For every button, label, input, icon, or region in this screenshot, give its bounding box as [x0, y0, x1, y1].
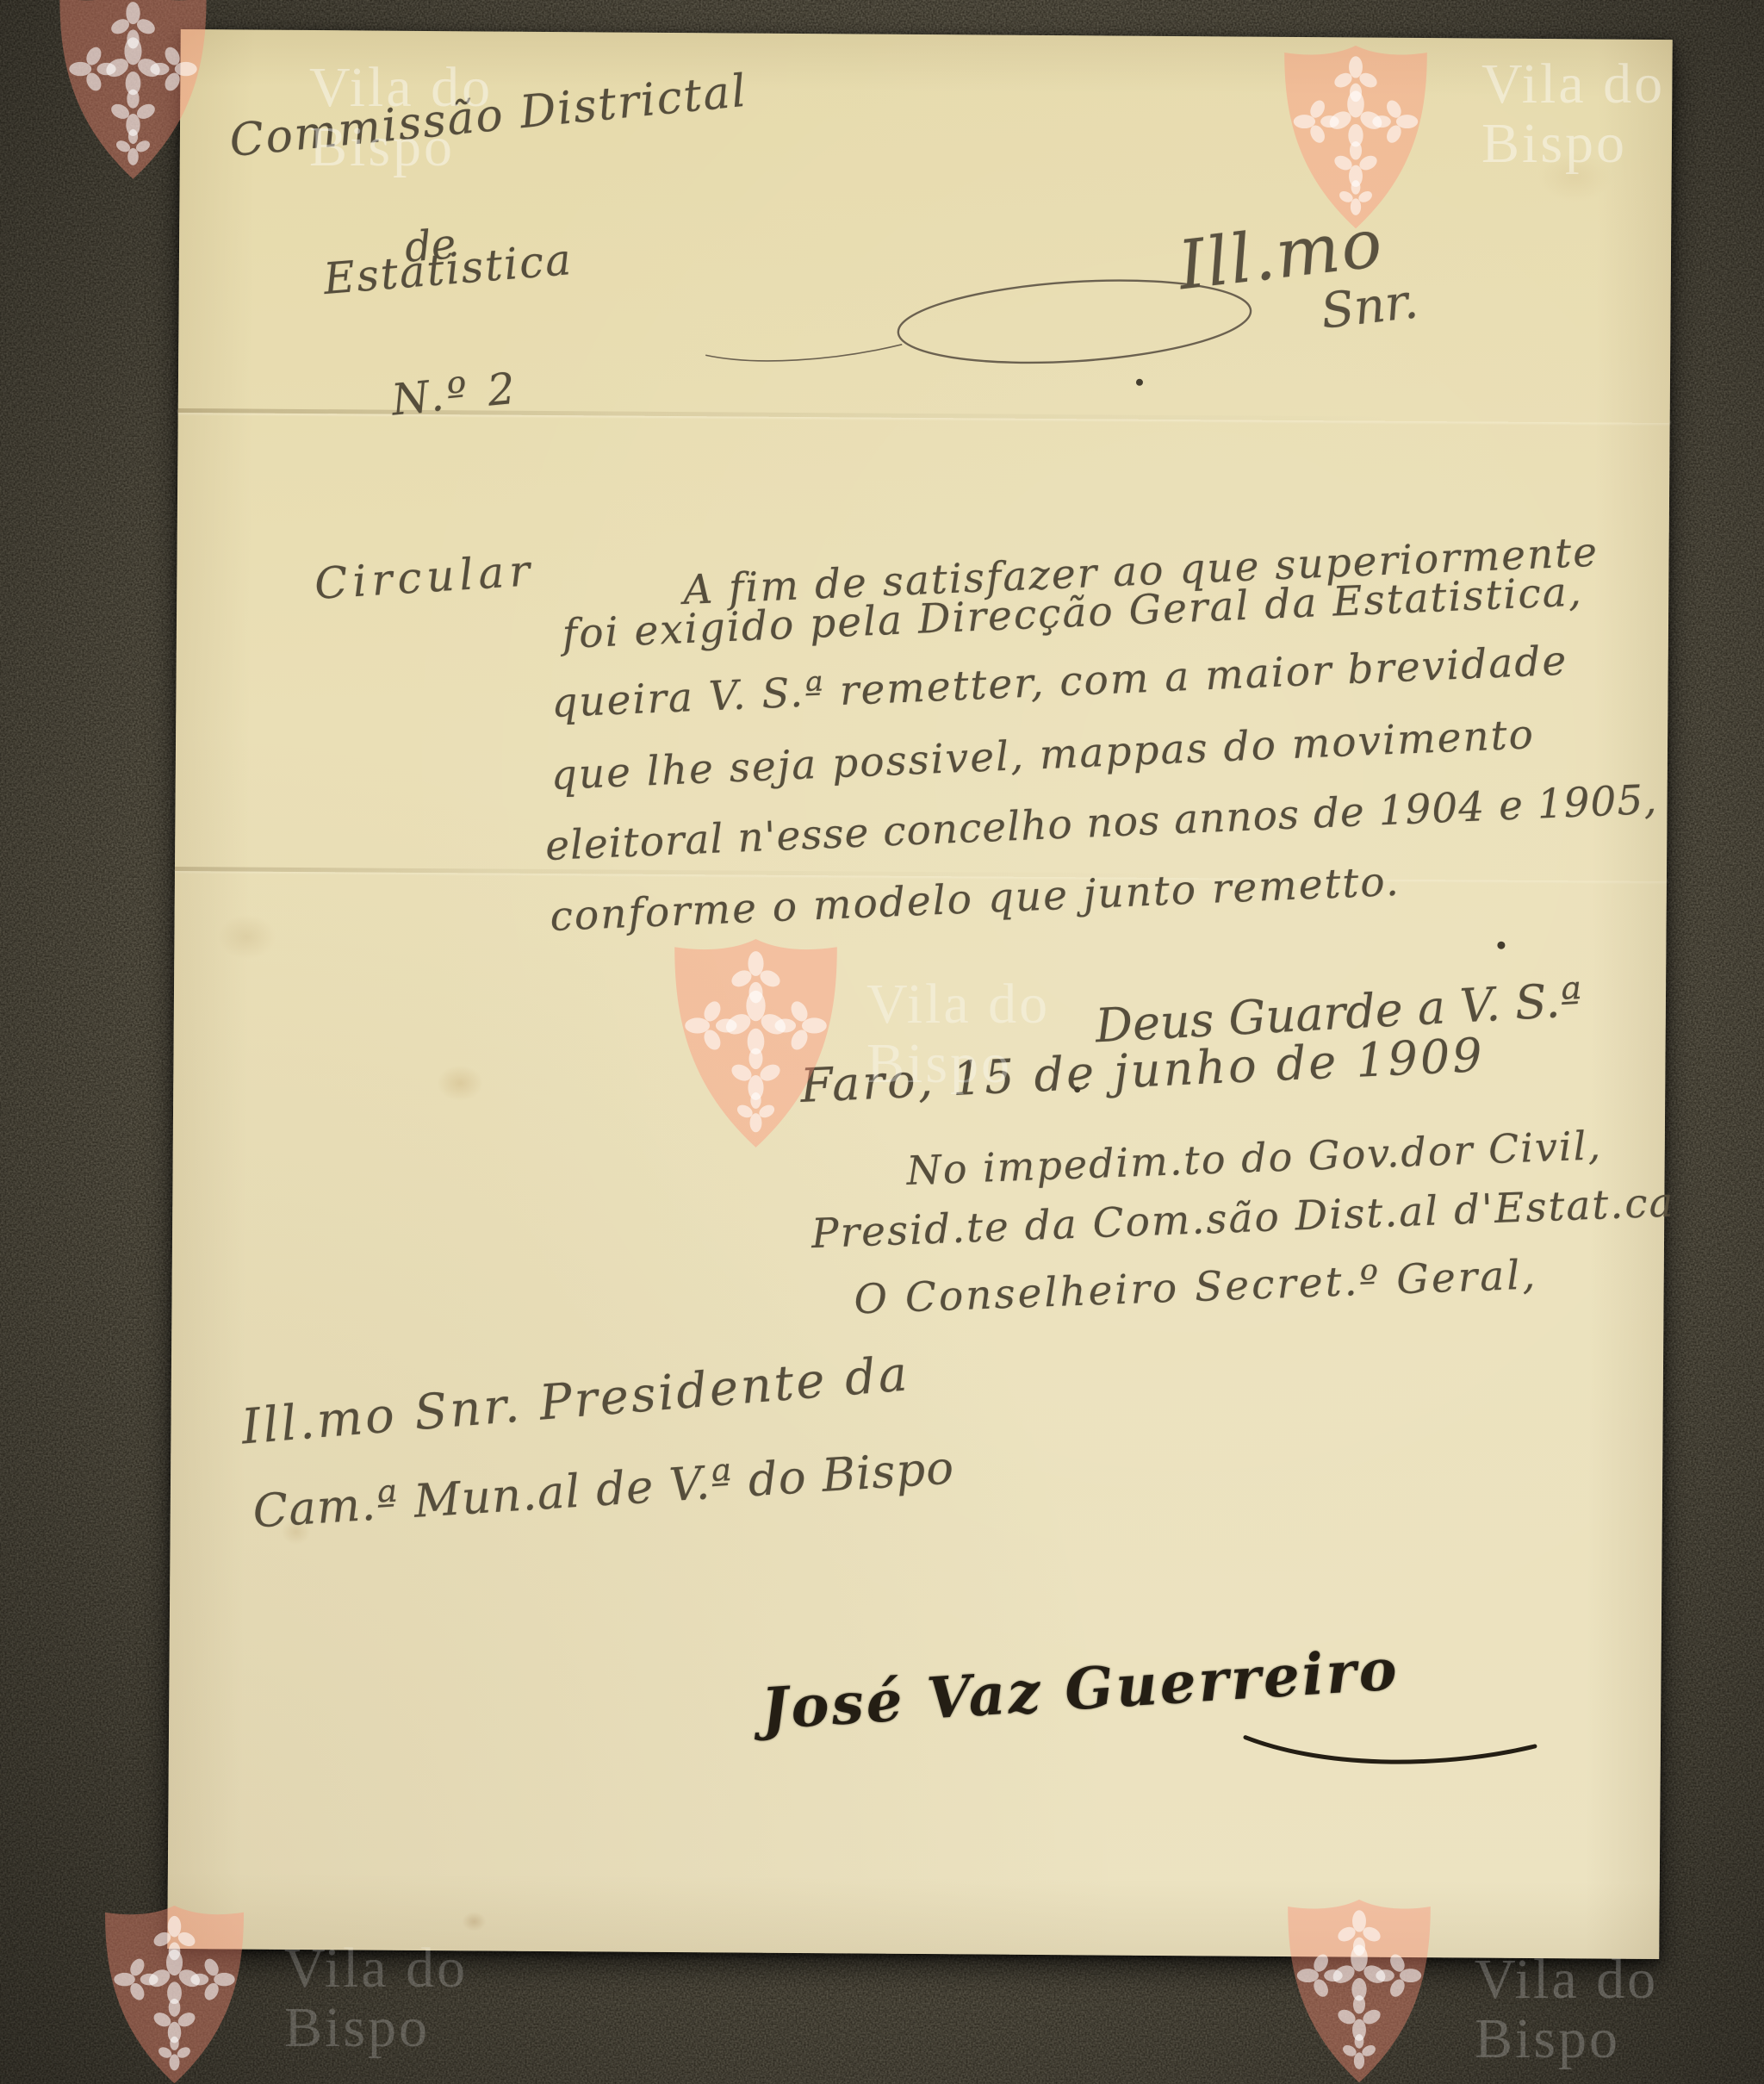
addressee-line: Cam.ª Mun.al de V.ª do Bispo [252, 1441, 956, 1538]
salutation-title: Snr. [1318, 273, 1421, 340]
salutation-block: Ill.mo Snr. [1175, 205, 1388, 306]
photographed-letter-scan: Commissão Districtal de Estatistica N.º … [0, 0, 1764, 2084]
letter-paper: Commissão Districtal de Estatistica N.º … [167, 29, 1673, 1959]
letterhead-organization-line1: Commissão Districtal [227, 65, 750, 168]
body-line: que lhe seja possivel, mappas do movimen… [550, 711, 1536, 799]
ink-dot [1136, 379, 1143, 386]
letter-doc-type: Circular [313, 545, 536, 609]
letterhead-organization-line3: Estatistica [321, 234, 574, 304]
paper-stain [1523, 142, 1627, 212]
signature-flourish [1236, 1708, 1547, 1806]
paper-stain [205, 905, 289, 969]
paper-stain [457, 1907, 491, 1935]
body-line: conforme o modelo que junto remetto. [549, 858, 1401, 941]
signer-title-line: O Conselheiro Secret.º Geral, [854, 1251, 1539, 1323]
signature: José Vaz Guerreiro [760, 1635, 1401, 1742]
ink-dot [1497, 942, 1505, 949]
signer-title-line: No impedim.to do Gov.dor Civil, [906, 1122, 1603, 1194]
addressee-line: Ill.mo Snr. Presidente da [239, 1346, 912, 1455]
ink-dot [1074, 1086, 1080, 1092]
letter-number: N.º 2 [389, 363, 521, 425]
paper-stain [428, 1058, 492, 1109]
